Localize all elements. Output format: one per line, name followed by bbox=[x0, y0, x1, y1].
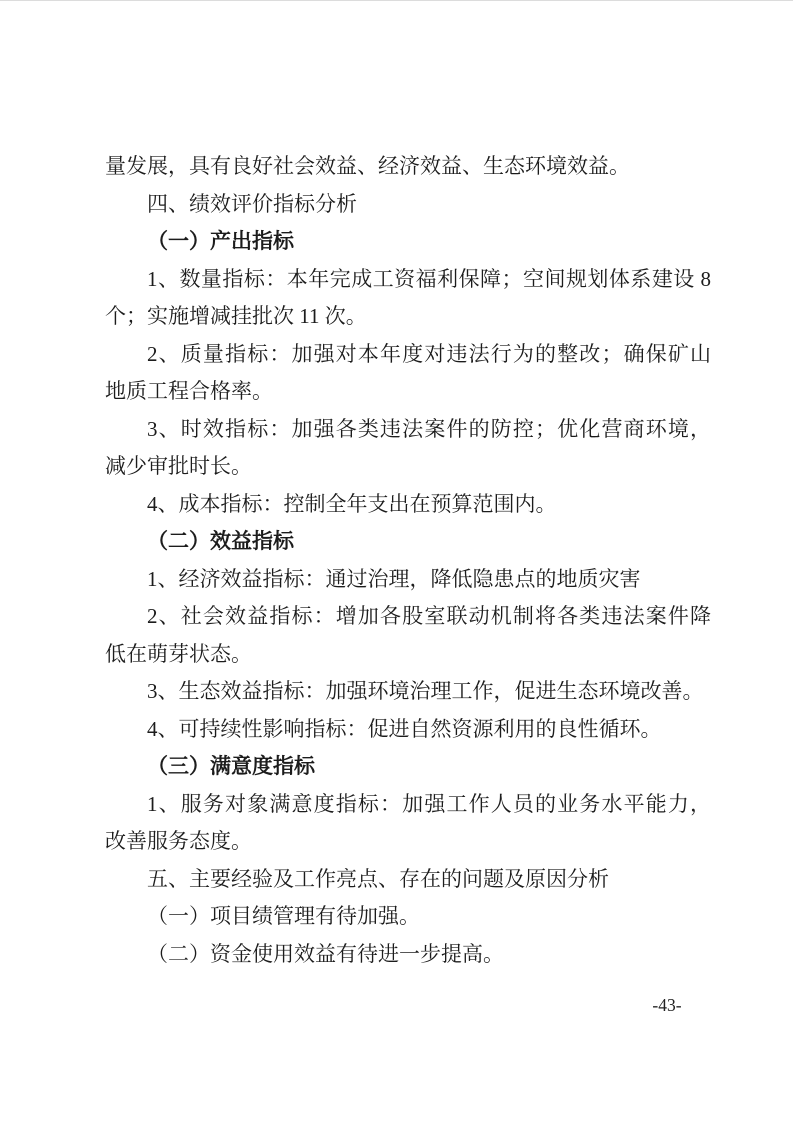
text-line: （三）满意度指标 bbox=[105, 748, 711, 786]
text-line: 3、生态效益指标：加强环境治理工作，促进生态环境改善。 bbox=[105, 673, 711, 711]
text-line: 2、社会效益指标：增加各股室联动机制将各类违法案件降 bbox=[105, 598, 711, 636]
text-line: 3、时效指标：加强各类违法案件的防控；优化营商环境， bbox=[105, 411, 711, 449]
text-line: 1、数量指标：本年完成工资福利保障；空间规划体系建设 8 bbox=[105, 261, 711, 299]
document-body: 量发展，具有良好社会效益、经济效益、生态环境效益。四、绩效评价指标分析（一）产出… bbox=[105, 148, 711, 973]
document-page: 量发展，具有良好社会效益、经济效益、生态环境效益。四、绩效评价指标分析（一）产出… bbox=[0, 0, 793, 1122]
text-line: 四、绩效评价指标分析 bbox=[105, 186, 711, 224]
text-line: （二）效益指标 bbox=[105, 523, 711, 561]
text-line: 地质工程合格率。 bbox=[105, 373, 711, 411]
text-line: 4、可持续性影响指标：促进自然资源利用的良性循环。 bbox=[105, 711, 711, 749]
text-line: 改善服务态度。 bbox=[105, 823, 711, 861]
page-top-edge bbox=[0, 0, 793, 1]
text-line: 减少审批时长。 bbox=[105, 448, 711, 486]
text-line: 1、经济效益指标：通过治理，降低隐患点的地质灾害 bbox=[105, 561, 711, 599]
text-line: 个；实施增减挂批次 11 次。 bbox=[105, 298, 711, 336]
text-line: （一）产出指标 bbox=[105, 223, 711, 261]
page-number: -43- bbox=[645, 995, 689, 1015]
text-line: 4、成本指标：控制全年支出在预算范围内。 bbox=[105, 486, 711, 524]
text-line: （二）资金使用效益有待进一步提高。 bbox=[105, 936, 711, 974]
text-line: 低在萌芽状态。 bbox=[105, 636, 711, 674]
text-line: 1、服务对象满意度指标：加强工作人员的业务水平能力， bbox=[105, 786, 711, 824]
text-line: 2、质量指标：加强对本年度对违法行为的整改；确保矿山 bbox=[105, 336, 711, 374]
text-line: 量发展，具有良好社会效益、经济效益、生态环境效益。 bbox=[105, 148, 711, 186]
text-line: （一）项目绩管理有待加强。 bbox=[105, 898, 711, 936]
text-line: 五、主要经验及工作亮点、存在的问题及原因分析 bbox=[105, 861, 711, 899]
